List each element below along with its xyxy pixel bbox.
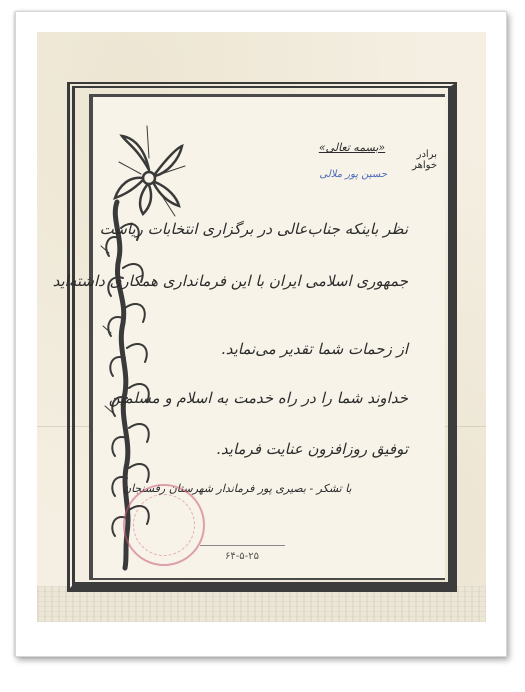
honorific-options: برادر خواهر	[317, 149, 437, 171]
official-seal-stamp-icon	[123, 484, 205, 566]
body-line-2: جمهوری اسلامی ایران با این فرمانداری همک…	[53, 272, 408, 290]
certificate-paper: «بسمه تعالی» برادر خواهر حسین پور ملالی …	[37, 32, 486, 622]
document-date: ۶۴-۵-۲۵	[207, 551, 277, 562]
body-line-3: از زحمات شما تقدیر می‌نماید.	[221, 340, 408, 358]
recipient-name: حسین پور ملالی	[307, 169, 387, 180]
stamp-label	[125, 486, 203, 564]
body-line-1: نظر باینکه جناب‌عالی در برگزاری انتخابات…	[100, 220, 408, 238]
body-line-4: خداوند شما را در راه خدمت به اسلام و مسل…	[109, 389, 408, 407]
date-underline	[200, 545, 285, 546]
honorific-brother: برادر	[317, 149, 437, 160]
body-line-5: توفیق روزافزون عنایت فرماید.	[216, 440, 408, 458]
